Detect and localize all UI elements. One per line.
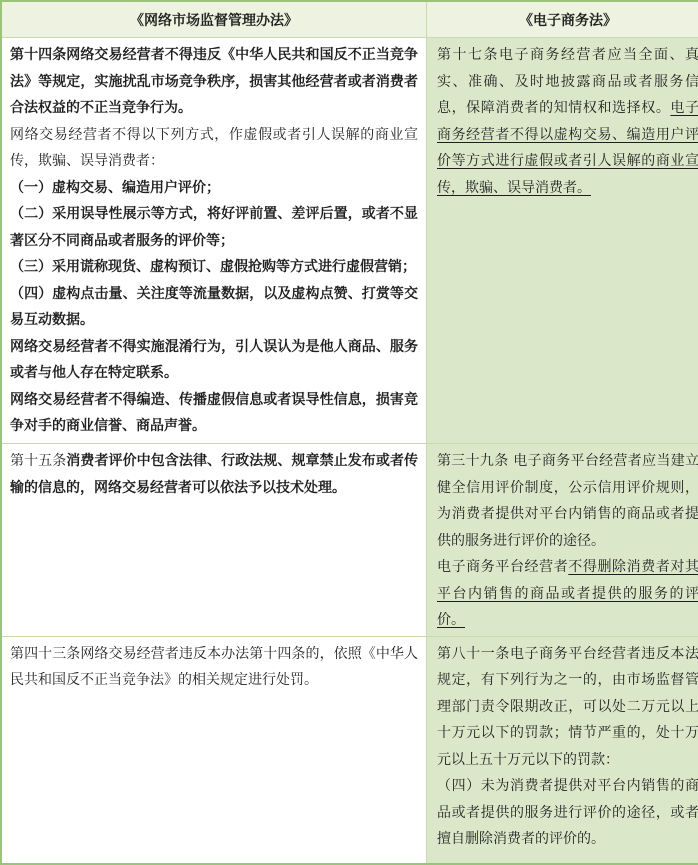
paragraph: 第十七条电子商务经营者应当全面、真实、准确、及时地披露商品或者服务信息，保障消费… <box>437 42 698 201</box>
paragraph: 电子商务平台经营者不得删除消费者对其平台内销售的商品或者提供的服务的评价。 <box>437 554 698 634</box>
text-run: 网络交易经营者不得以下列方式，作虚假或者引人误解的商业宣传，欺骗、误导消费者： <box>10 127 418 170</box>
text-run: 第八十一条电子商务平台经营者违反本法规定，有下列行为之一的，由市场监督管理部门责… <box>437 646 698 768</box>
text-run: 第十四条网络交易经营者不得违反《中华人民共和国反不正当竞争法》等规定，实施扰乱市… <box>10 47 418 116</box>
paragraph: 第八十一条电子商务平台经营者违反本法规定，有下列行为之一的，由市场监督管理部门责… <box>437 641 698 774</box>
table-row: 第十五条消费者评价中包含法律、行政法规、规章禁止发布或者传输的信息的，网络交易经… <box>1 444 698 637</box>
cell-left: 第四十三条网络交易经营者违反本办法第十四条的，依照《中华人民共和国反不正当竞争法… <box>1 636 427 864</box>
law-comparison-container: 《网络市场监督管理办法》 《电子商务法》 第十四条网络交易经营者不得违反《中华人… <box>0 0 698 865</box>
text-run: 消费者评价中包含法律、行政法规、规章禁止发布或者传输的信息的，网络交易经营者可以… <box>10 453 418 496</box>
text-run: （一）虚构交易、编造用户评价； <box>10 180 220 196</box>
paragraph: （一）虚构交易、编造用户评价； <box>10 175 418 202</box>
table-row: 第十四条网络交易经营者不得违反《中华人民共和国反不正当竞争法》等规定，实施扰乱市… <box>1 38 698 444</box>
paragraph: （二）采用误导性展示等方式，将好评前置、差评后置，或者不显著区分不同商品或者服务… <box>10 201 418 254</box>
header-row: 《网络市场监督管理办法》 《电子商务法》 <box>1 1 698 38</box>
text-run: 第三十九条 电子商务平台经营者应当建立健全信用评价制度，公示信用评价规则，为消费… <box>437 453 698 549</box>
cell-right: 第三十九条 电子商务平台经营者应当建立健全信用评价制度，公示信用评价规则，为消费… <box>427 444 698 637</box>
paragraph: （四）未为消费者提供对平台内销售的商品或者提供的服务进行评价的途径，或者擅自删除… <box>437 773 698 853</box>
paragraph: （四）虚构点击量、关注度等流量数据，以及虚构点赞、打赏等交易互动数据。 <box>10 281 418 334</box>
cell-left: 第十五条消费者评价中包含法律、行政法规、规章禁止发布或者传输的信息的，网络交易经… <box>1 444 427 637</box>
text-run: （三）采用谎称现货、虚构预订、虚假抢购等方式进行虚假营销； <box>10 259 416 275</box>
paragraph: 网络交易经营者不得编造、传播虚假信息或者误导性信息，损害竞争对手的商业信誉、商品… <box>10 387 418 440</box>
paragraph: 第十四条网络交易经营者不得违反《中华人民共和国反不正当竞争法》等规定，实施扰乱市… <box>10 42 418 122</box>
cell-right: 第十七条电子商务经营者应当全面、真实、准确、及时地披露商品或者服务信息，保障消费… <box>427 38 698 444</box>
paragraph: 网络交易经营者不得实施混淆行为，引人误认为是他人商品、服务或者与他人存在特定联系… <box>10 334 418 387</box>
text-run: 第四十三条网络交易经营者违反本办法第十四条的，依照《中华人民共和国反不正当竞争法… <box>10 646 418 689</box>
text-run: 网络交易经营者不得编造、传播虚假信息或者误导性信息，损害竞争对手的商业信誉、商品… <box>10 392 418 435</box>
cell-right: 第八十一条电子商务平台经营者违反本法规定，有下列行为之一的，由市场监督管理部门责… <box>427 636 698 864</box>
text-run: 第十七条电子商务经营者应当全面、真实、准确、及时地披露商品或者服务信息，保障消费… <box>437 47 698 116</box>
paragraph: （三）采用谎称现货、虚构预订、虚假抢购等方式进行虚假营销； <box>10 254 418 281</box>
cell-left: 第十四条网络交易经营者不得违反《中华人民共和国反不正当竞争法》等规定，实施扰乱市… <box>1 38 427 444</box>
text-run: 网络交易经营者不得实施混淆行为，引人误认为是他人商品、服务或者与他人存在特定联系… <box>10 339 418 382</box>
paragraph: 第十五条消费者评价中包含法律、行政法规、规章禁止发布或者传输的信息的，网络交易经… <box>10 448 418 501</box>
text-run: 第十五条 <box>10 453 66 469</box>
table-body: 第十四条网络交易经营者不得违反《中华人民共和国反不正当竞争法》等规定，实施扰乱市… <box>1 38 698 864</box>
paragraph: 第四十三条网络交易经营者违反本办法第十四条的，依照《中华人民共和国反不正当竞争法… <box>10 641 418 694</box>
text-run: （四）未为消费者提供对平台内销售的商品或者提供的服务进行评价的途径，或者擅自删除… <box>437 778 698 847</box>
paragraph: 网络交易经营者不得以下列方式，作虚假或者引人误解的商业宣传，欺骗、误导消费者： <box>10 122 418 175</box>
column-header-online-market-measures: 《网络市场监督管理办法》 <box>1 1 427 38</box>
law-comparison-table: 《网络市场监督管理办法》 《电子商务法》 第十四条网络交易经营者不得违反《中华人… <box>0 0 698 865</box>
text-run: （四）虚构点击量、关注度等流量数据，以及虚构点赞、打赏等交易互动数据。 <box>10 286 418 329</box>
column-header-ecommerce-law: 《电子商务法》 <box>427 1 698 38</box>
table-row: 第四十三条网络交易经营者违反本办法第十四条的，依照《中华人民共和国反不正当竞争法… <box>1 636 698 864</box>
text-run: 电子商务平台经营者 <box>437 559 568 575</box>
table-header: 《网络市场监督管理办法》 《电子商务法》 <box>1 1 698 38</box>
text-run: （二）采用误导性展示等方式，将好评前置、差评后置，或者不显著区分不同商品或者服务… <box>10 206 418 249</box>
paragraph: 第三十九条 电子商务平台经营者应当建立健全信用评价制度，公示信用评价规则，为消费… <box>437 448 698 554</box>
